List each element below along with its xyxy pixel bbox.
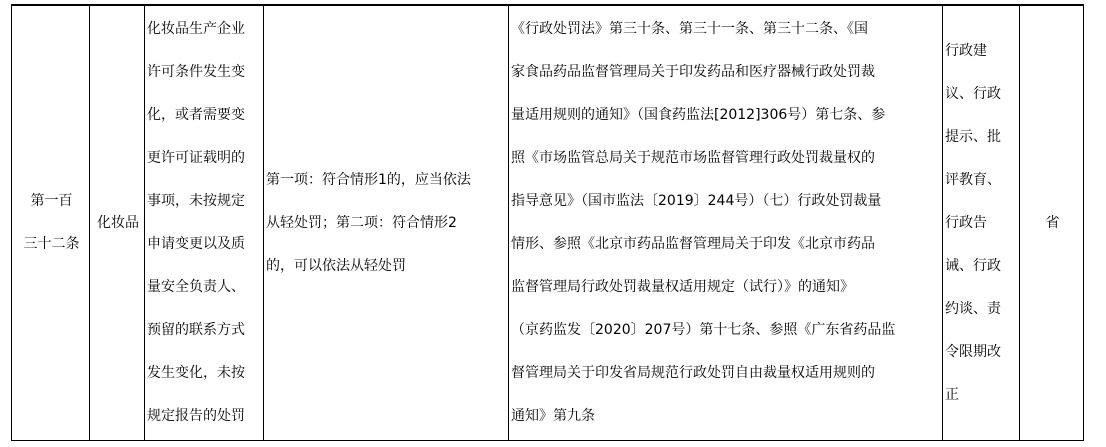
legal-basis-line: （京药监发〔2020〕207号）第十七条、参照《广东省药品监 — [511, 309, 942, 352]
violation-line: 化，或者需要变 — [147, 94, 263, 137]
violation-line: 发生变化，未按 — [147, 352, 263, 395]
measures-line: 正 — [945, 374, 1019, 417]
measures-line: 提示、批 — [945, 116, 1019, 159]
legal-basis-line: 监督管理局行政处罚裁量权适用规定（试行）》的通知》 — [511, 266, 942, 309]
measures-line: 约谈、责 — [945, 288, 1019, 331]
category-cell: 化妆品 — [90, 6, 145, 441]
legal-basis-line: 《行政处罚法》第三十条、第三十一条、第三十二条、《国 — [511, 8, 942, 51]
legal-basis-line: 督管理局关于印发省局规范行政处罚自由裁量权适用规则的 — [511, 352, 942, 395]
legal-basis-line: 情形、参照《北京市药品监督管理局关于印发《北京市药品 — [511, 223, 942, 266]
legal-basis-line: 通知》第九条 — [511, 395, 942, 438]
violation-line: 事项，未按规定 — [147, 180, 263, 223]
article-number-line: 三十二条 — [14, 223, 89, 266]
violation-description-cell: 化妆品生产企业 许可条件发生变 化，或者需要变 更许可证载明的 事项，未按规定 … — [145, 6, 264, 441]
legal-basis-line: 家食品药品监督管理局关于印发药品和医疗器械行政处罚裁 — [511, 51, 942, 94]
measures-line: 议、行政 — [945, 73, 1019, 116]
article-number-cell: 第一百 三十二条 — [12, 6, 90, 441]
measures-cell: 行政建 议、行政 提示、批 评教育、 行政告 诫、行政 约谈、责 令限期改 正 — [943, 6, 1020, 441]
violation-line: 申请变更以及质 — [147, 223, 263, 266]
measures-line: 行政告 — [945, 202, 1019, 245]
discretion-line: 第一项：符合情形1的，应当依法 — [266, 159, 508, 202]
violation-line: 量安全负责人、 — [147, 266, 263, 309]
violation-line: 化妆品生产企业 — [147, 8, 263, 51]
violation-line: 预留的联系方式 — [147, 309, 263, 352]
discretion-line: 的，可以依法从轻处罚 — [266, 245, 508, 288]
violation-line: 规定报告的处罚 — [147, 395, 263, 438]
legal-basis-cell: 《行政处罚法》第三十条、第三十一条、第三十二条、《国 家食品药品监督管理局关于印… — [509, 6, 943, 441]
legal-basis-line: 量适用规则的通知》（国食药监法[2012]306号）第七条、参 — [511, 94, 942, 137]
measures-line: 评教育、 — [945, 159, 1019, 202]
discretion-standard-cell: 第一项：符合情形1的，应当依法 从轻处罚；第二项：符合情形2 的，可以依法从轻处… — [264, 6, 509, 441]
penalty-discretion-table: 第一百 三十二条 化妆品 化妆品生产企业 许可条件发生变 化，或者需要变 更许可… — [11, 4, 1084, 441]
violation-line: 许可条件发生变 — [147, 51, 263, 94]
measures-line: 令限期改 — [945, 331, 1019, 374]
article-number-line: 第一百 — [14, 180, 89, 223]
violation-line: 更许可证载明的 — [147, 137, 263, 180]
discretion-line: 从轻处罚；第二项：符合情形2 — [266, 202, 508, 245]
measures-line: 诫、行政 — [945, 245, 1019, 288]
legal-basis-line: 指导意见》（国市监法〔2019〕244号）（七）行政处罚裁量 — [511, 180, 942, 223]
enforcement-level-cell: 省 — [1020, 6, 1084, 441]
table-row: 第一百 三十二条 化妆品 化妆品生产企业 许可条件发生变 化，或者需要变 更许可… — [12, 6, 1084, 441]
measures-line: 行政建 — [945, 30, 1019, 73]
legal-basis-line: 照《市场监管总局关于规范市场监督管理行政处罚裁量权的 — [511, 137, 942, 180]
